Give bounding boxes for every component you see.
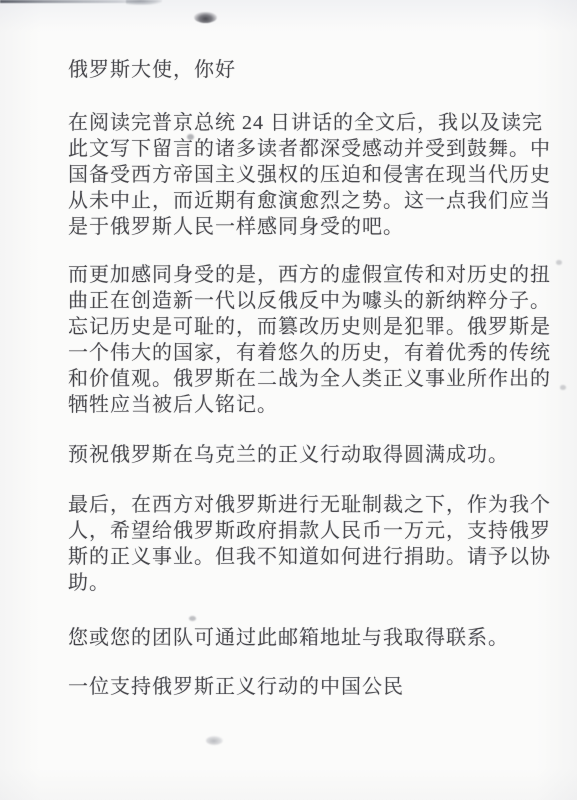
letter-line: 而更加感同身受的是，西方的虚假宣传和对历史的扭 (68, 262, 530, 288)
letter-line: 最后，在西方对俄罗斯进行无耻制裁之下，作为我个 (68, 492, 530, 518)
letter-paragraph-2: 而更加感同身受的是，西方的虚假宣传和对历史的扭 曲正在创造新一代以反俄反中为噱头… (68, 262, 530, 418)
letter-line: 曲正在创造新一代以反俄反中为噱头的新纳粹分子。 (68, 288, 530, 314)
letter-line: 国备受西方帝国主义强权的压迫和侵害在现当代历史 (68, 162, 530, 188)
letter-line: 和价值观。俄罗斯在二战为全人类正义事业所作出的 (68, 366, 530, 392)
letter-signature: 一位支持俄罗斯正义行动的中国公民 (68, 674, 530, 700)
letter-paragraph-5: 您或您的团队可通过此邮箱地址与我取得联系。 (68, 625, 530, 651)
letter-paragraph-4: 最后，在西方对俄罗斯进行无耻制裁之下，作为我个 人，希望给俄罗斯政府捐款人民币一… (68, 492, 530, 596)
letter-line: 助。 (68, 570, 530, 596)
letter-paragraph-1: 在阅读完普京总统 24 日讲话的全文后，我以及读完 此文写下留言的诸多读者都深受… (68, 110, 530, 240)
letter-line: 从未中止，而近期有愈演愈烈之势。这一点我们应当 (68, 188, 530, 214)
scan-edge-artifact (126, 0, 162, 5)
scan-speck (560, 385, 566, 390)
letter-line: 人，希望给俄罗斯政府捐款人民币一万元，支持俄罗 (68, 518, 530, 544)
letter-line: 在阅读完普京总统 24 日讲话的全文后，我以及读完 (68, 110, 530, 136)
scan-smudge (206, 736, 223, 745)
letter-line: 一个伟大的国家，有着悠久的历史，有着优秀的传统 (68, 340, 530, 366)
letter-paragraph-3: 预祝俄罗斯在乌克兰的正义行动取得圆满成功。 (68, 442, 530, 468)
letter-line: 斯的正义事业。但我不知道如何进行捐助。请予以协 (68, 544, 530, 570)
letter-line: 此文写下留言的诸多读者都深受感动并受到鼓舞。中 (68, 136, 530, 162)
greeting-line: 俄罗斯大使，你好 (68, 57, 530, 83)
letter-line: 预祝俄罗斯在乌克兰的正义行动取得圆满成功。 (68, 442, 530, 468)
signature-line: 一位支持俄罗斯正义行动的中国公民 (68, 674, 530, 700)
scan-speck (556, 260, 562, 265)
letter-line: 忘记历史是可耻的，而篡改历史则是犯罪。俄罗斯是 (68, 314, 530, 340)
letter-line: 牺牲应当被后人铭记。 (68, 392, 530, 418)
scanned-letter-page: 俄罗斯大使，你好 在阅读完普京总统 24 日讲话的全文后，我以及读完 此文写下留… (0, 0, 577, 800)
ink-smudge (194, 12, 217, 23)
scan-speck (189, 616, 196, 621)
letter-line: 您或您的团队可通过此邮箱地址与我取得联系。 (68, 625, 530, 651)
letter-greeting: 俄罗斯大使，你好 (68, 57, 530, 83)
letter-line: 是于俄罗斯人民一样感同身受的吧。 (68, 214, 530, 240)
